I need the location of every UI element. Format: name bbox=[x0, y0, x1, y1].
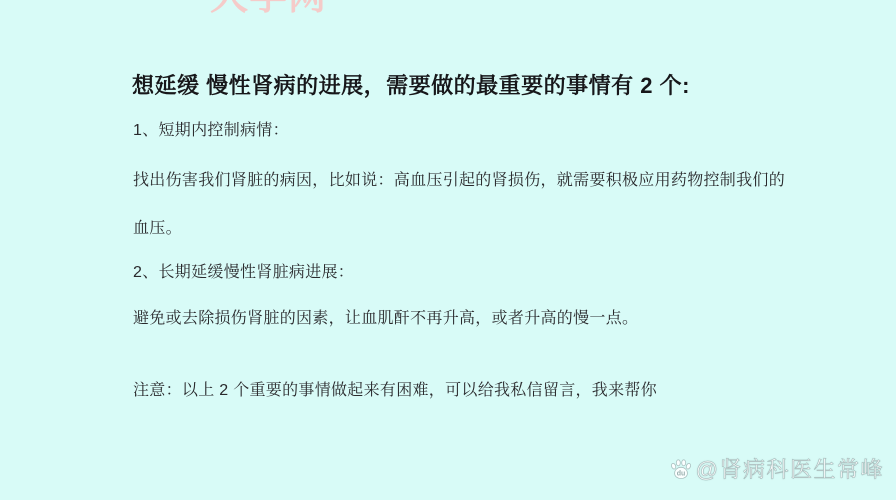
page: { "colors": { "background": "#d8fbf7", "… bbox=[0, 0, 896, 500]
body-line-5: 避免或去除损伤肾脏的因素，让血肌酐不再升高，或者升高的慢一点。 bbox=[133, 310, 638, 328]
body-line-2: 找出伤害我们肾脏的病因，比如说：高血压引起的肾损伤，就需要积极应用药物控制我们的 bbox=[133, 172, 785, 190]
document-canvas: 大学网 想延缓 慢性肾病的进展，需要做的最重要的事情有 2 个: 1、短期内控制… bbox=[0, 0, 896, 500]
baidu-paw-du-label: du bbox=[676, 470, 685, 477]
body-line-3: 血压。 bbox=[133, 220, 182, 238]
author-watermark-handle: @肾病科医生常峰 bbox=[696, 453, 884, 484]
baidu-paw-icon: du bbox=[669, 457, 693, 481]
page-title: 想延缓 慢性肾病的进展，需要做的最重要的事情有 2 个: bbox=[132, 69, 690, 100]
body-line-4: 2、长期延缓慢性肾脏病进展： bbox=[133, 264, 354, 282]
top-site-watermark: 大学网 bbox=[210, 0, 327, 16]
body-line-6: 注意：以上 2 个重要的事情做起来有困难，可以给我私信留言，我来帮你 bbox=[133, 382, 657, 400]
body-line-1: 1、短期内控制病情： bbox=[133, 122, 289, 140]
author-watermark: du @肾病科医生常峰 bbox=[669, 453, 884, 484]
